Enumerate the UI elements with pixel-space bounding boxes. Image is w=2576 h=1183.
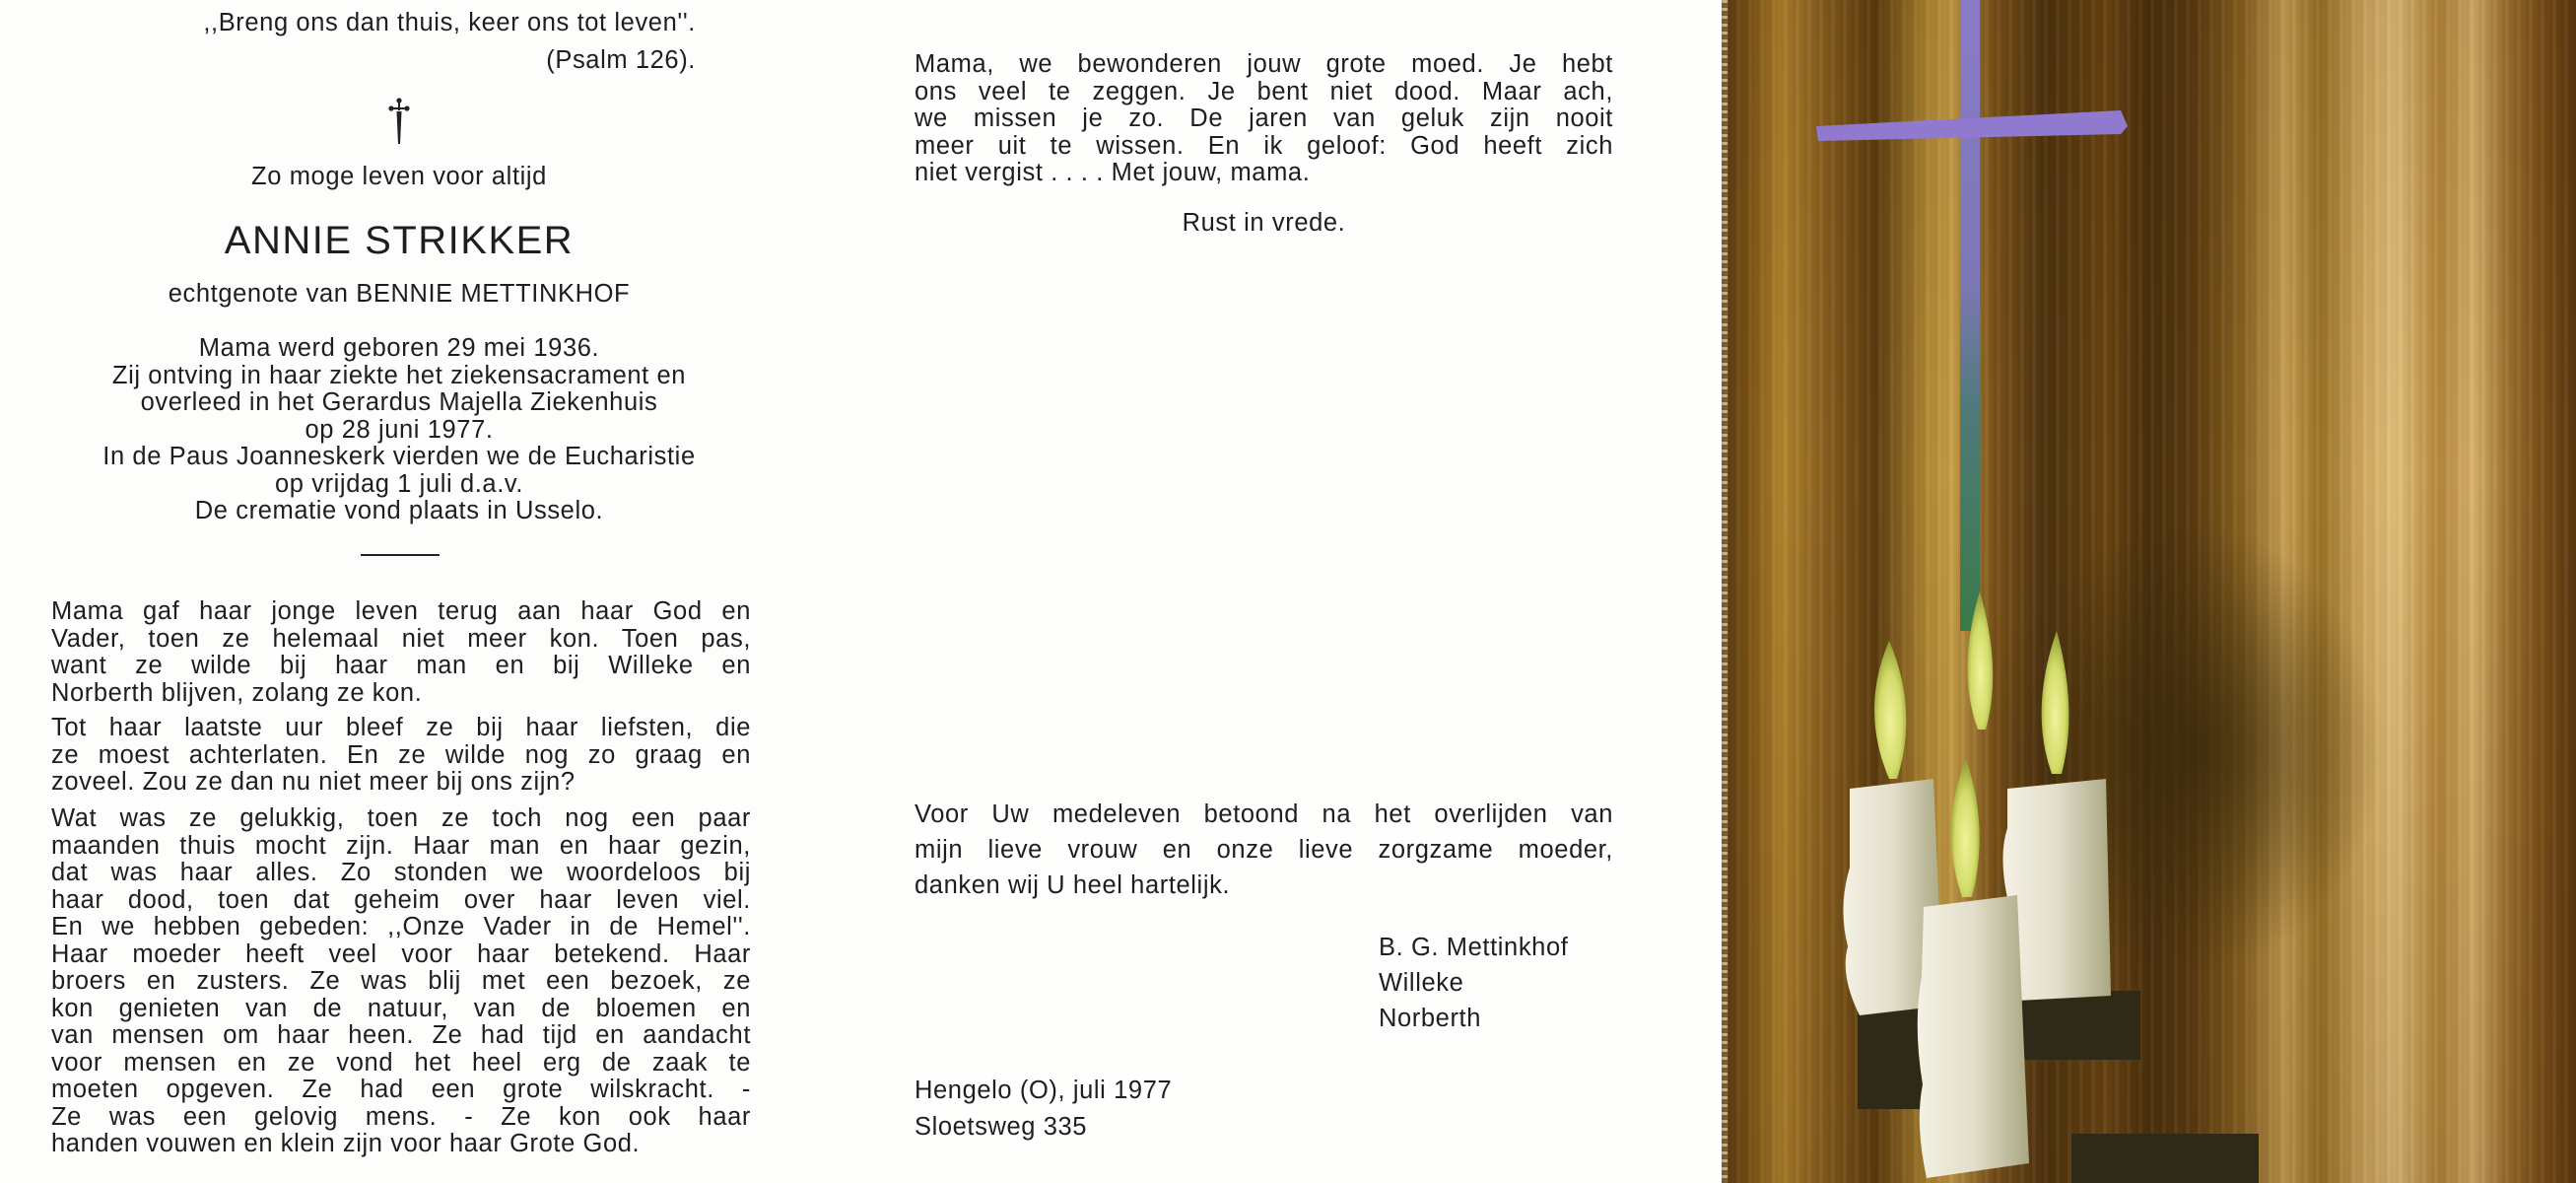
text-line: Wat was ze gelukkig, toen ze toch nog ee…: [51, 805, 751, 833]
divider: [361, 554, 440, 556]
middle-panel: Mama, we bewonderen jouw grote moed. Je …: [857, 0, 1722, 1183]
text-line: moeten opgeven. Ze had een grote wilskra…: [51, 1077, 751, 1104]
tribute-paragraph: Mama, we bewonderen jouw grote moed. Je …: [915, 51, 1613, 187]
text-line: want ze wilde bij haar man en bij Willek…: [51, 653, 751, 680]
text-line: niet vergist . . . . Met jouw, mama.: [915, 160, 1613, 187]
psalm-reference: (Psalm 126).: [39, 47, 696, 75]
text-line: dat was haar alles. Zo stonden we woorde…: [51, 860, 751, 887]
text-line: haar dood, toen dat geheim over haar lev…: [51, 887, 751, 915]
text-line: van mensen om haar heen. Ze had tijd en …: [51, 1022, 751, 1050]
signature-name: Willeke: [1379, 965, 1568, 1001]
spouse-line: echtgenote van BENNIE METTINKHOF: [59, 281, 739, 309]
detail-line: op vrijdag 1 juli d.a.v.: [39, 471, 759, 499]
flame-icon: [1951, 759, 1980, 897]
detail-line: Zij ontving in haar ziekte het ziekensac…: [39, 363, 759, 390]
rest-in-peace: Rust in vrede.: [915, 210, 1613, 238]
candle-cross-painting: [1722, 0, 2576, 1183]
text-line: mijn lieve vrouw en onze lieve zorgzame …: [915, 832, 1613, 868]
text-line: Mama, we bewonderen jouw grote moed. Je …: [915, 51, 1613, 79]
detail-line: overleed in het Gerardus Majella Ziekenh…: [39, 389, 759, 417]
signature-name: Norberth: [1379, 1001, 1568, 1036]
text-line: Voor Uw medeleven betoond na het overlij…: [915, 797, 1613, 832]
thanks-paragraph: Voor Uw medeleven betoond na het overlij…: [915, 797, 1613, 903]
text-line: Ze was een gelovig mens. - Ze kon ook ha…: [51, 1104, 751, 1132]
text-line: broers en zusters. Ze was blij met een b…: [51, 968, 751, 996]
text-line: En we hebben gebeden: ,,Onze Vader in de…: [51, 914, 751, 941]
cross-icon: [377, 97, 421, 146]
text-line: ze moest achterlaten. En ze wilde nog zo…: [51, 742, 751, 770]
signature-name: B. G. Mettinkhof: [1379, 930, 1568, 965]
text-line: meer uit te wissen. En ik geloof: God he…: [915, 133, 1613, 161]
life-details: Mama werd geboren 29 mei 1936. Zij ontvi…: [39, 335, 759, 525]
text-line: handen vouwen en klein zijn voor haar Gr…: [51, 1131, 751, 1158]
text-line: Vader, toen ze helemaal niet meer kon. T…: [51, 626, 751, 654]
detail-line: In de Paus Joanneskerk vierden we de Euc…: [39, 444, 759, 471]
left-panel: ,,Breng ons dan thuis, keer ons tot leve…: [0, 0, 857, 1183]
psalm-quote: ,,Breng ons dan thuis, keer ons tot leve…: [39, 10, 696, 37]
text-line: Haar moeder heeft veel voor haar beteken…: [51, 941, 751, 969]
text-line: Mama gaf haar jonge leven terug aan haar…: [51, 598, 751, 626]
intro-line: Zo moge leven voor altijd: [99, 164, 700, 191]
text-line: zoveel. Zou ze dan nu niet meer bij ons …: [51, 769, 751, 797]
signatures: B. G. Mettinkhof Willeke Norberth: [1379, 930, 1568, 1036]
text-line: danken wij U heel hartelijk.: [915, 868, 1613, 903]
detail-line: De crematie vond plaats in Usselo.: [39, 498, 759, 525]
text-line: kon genieten van de natuur, van de bloem…: [51, 996, 751, 1023]
memorial-paragraph-2: Tot haar laatste uur bleef ze bij haar l…: [51, 715, 751, 797]
memorial-paragraph-1: Mama gaf haar jonge leven terug aan haar…: [51, 598, 751, 707]
text-line: Norberth blijven, zolang ze kon.: [51, 680, 751, 708]
detail-line: op 28 juni 1977.: [39, 417, 759, 445]
detail-line: Mama werd geboren 29 mei 1936.: [39, 335, 759, 363]
flame-icon: [1874, 641, 1906, 779]
address: Sloetsweg 335: [915, 1109, 1172, 1146]
memorial-paragraph-3: Wat was ze gelukkig, toen ze toch nog ee…: [51, 805, 751, 1158]
place-date: Hengelo (O), juli 1977: [915, 1073, 1172, 1109]
cross-icon: [1816, 0, 2128, 631]
place-and-address: Hengelo (O), juli 1977 Sloetsweg 335: [915, 1073, 1172, 1146]
text-line: we missen je zo. De jaren van geluk zijn…: [915, 105, 1613, 133]
text-line: voor mensen en ze vond het heel erg de z…: [51, 1050, 751, 1078]
text-line: maanden thuis mocht zijn. Haar man en ha…: [51, 833, 751, 861]
deceased-name: ANNIE STRIKKER: [99, 219, 700, 262]
text-line: ons veel te zeggen. Je bent niet dood. M…: [915, 79, 1613, 106]
text-line: Tot haar laatste uur bleef ze bij haar l…: [51, 715, 751, 742]
painting-art: [1722, 0, 2576, 1183]
